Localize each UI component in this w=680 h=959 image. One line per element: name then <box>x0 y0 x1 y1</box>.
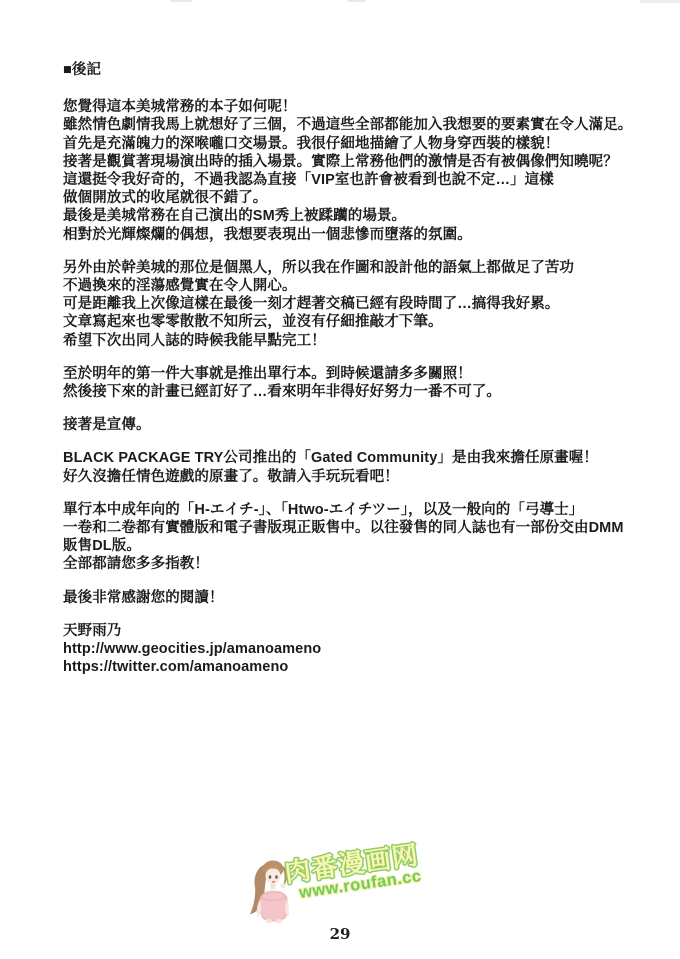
afterword-heading: ■後記 <box>63 61 678 79</box>
afterword-paragraph: 至於明年的第一件大事就是推出單行本。到時候還請多多關照！ 然後接下來的計畫已經訂… <box>63 365 678 401</box>
afterword-paragraph: 單行本中成年向的「H-エイチ-」、「Htwo-エイチツー」，以及一般向的「弓導士… <box>63 501 678 574</box>
afterword-paragraph: 您覺得這本美城常務的本子如何呢！ 雖然情色劇情我馬上就想好了三個，不過這些全部都… <box>63 98 678 244</box>
mascot-girl-illustration <box>250 861 289 924</box>
afterword-text-block: ■後記 您覺得這本美城常務的本子如何呢！ 雖然情色劇情我馬上就想好了三個，不過這… <box>63 61 678 691</box>
afterword-paragraphs: 您覺得這本美城常務的本子如何呢！ 雖然情色劇情我馬上就想好了三個，不過這些全部都… <box>63 98 678 676</box>
afterword-paragraph: 天野雨乃 http://www.geocities.jp/amanoameno … <box>63 622 678 677</box>
scan-artifact <box>640 0 680 3</box>
afterword-paragraph: BLACK PACKAGE TRY公司推出的「Gated Community」是… <box>63 449 678 485</box>
afterword-paragraph: 最後非常感謝您的閱讀！ <box>63 589 678 607</box>
page-number: 29 <box>0 925 680 943</box>
afterword-paragraph: 另外由於幹美城的那位是個黑人，所以我在作圖和設計他的語氣上都做足了苦功 不過換來… <box>63 259 678 350</box>
scanned-page: ■後記 您覺得這本美城常務的本子如何呢！ 雖然情色劇情我馬上就想好了三個，不過這… <box>0 0 680 959</box>
afterword-paragraph: 接著是宣傳。 <box>63 416 678 434</box>
scan-artifact <box>170 0 192 2</box>
scan-artifact <box>348 0 366 2</box>
